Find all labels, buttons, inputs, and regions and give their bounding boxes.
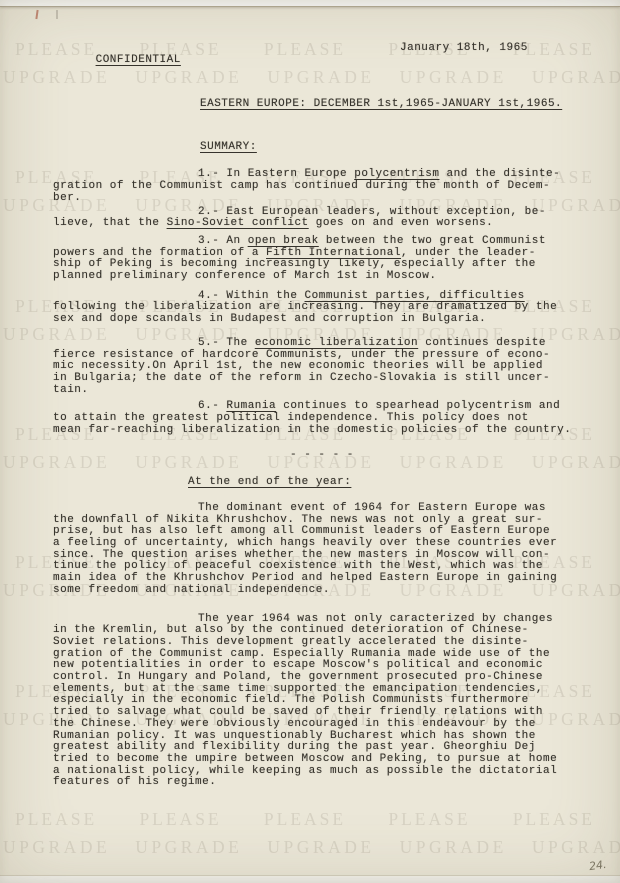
year-end-heading: At the end of the year: — [188, 477, 598, 489]
text-segment: economic liberalization — [255, 337, 418, 349]
text-segment: goes on and even worsens. — [309, 217, 494, 229]
watermark-text: UPGRADE — [267, 839, 374, 857]
paragraph: 6.- Rumania continues to spearhead polyc… — [53, 401, 598, 436]
classification-label: CONFIDENTIAL — [96, 54, 181, 66]
text-segment: polycentrism — [354, 168, 439, 180]
watermark-text: PLEASE — [15, 811, 97, 829]
paragraph: 2.- East European leaders, without excep… — [53, 207, 598, 230]
watermark-text: PLEASE — [264, 811, 346, 829]
text-segment: 6.- — [198, 400, 226, 412]
text-segment: 5.- The — [198, 337, 255, 349]
document-title: EASTERN EUROPE: DECEMBER 1st,1965-JANUAR… — [200, 99, 598, 111]
scanned-document-page: PLEASEPLEASEPLEASEPLEASEPLEASEUPGRADEUPG… — [0, 0, 620, 883]
watermark-row: PLEASEPLEASEPLEASEPLEASEPLEASE — [15, 811, 595, 829]
document-date: January 18th, 1965 — [400, 43, 528, 55]
watermark-text: UPGRADE — [532, 839, 620, 857]
paragraph: 4.- Within the Communist parties, diffic… — [53, 291, 598, 326]
pen-mark — [35, 10, 38, 19]
paragraph: 5.- The economic liberalization continue… — [53, 338, 598, 397]
text-segment: The year 1964 was not only caracterized … — [53, 613, 557, 789]
handwritten-page-number: 24. — [588, 858, 607, 873]
text-segment: following the liberalization are increas… — [53, 301, 557, 325]
year-end-section: The dominant event of 1964 for Eastern E… — [53, 503, 598, 789]
paragraph: The dominant event of 1964 for Eastern E… — [53, 503, 598, 597]
text-segment: 1.- In Eastern Europe — [198, 168, 354, 180]
text-segment: 3.- An — [198, 235, 248, 247]
watermark-row: UPGRADEUPGRADEUPGRADEUPGRADEUPGRADE — [3, 839, 620, 857]
paragraph: 3.- An open break between the two great … — [53, 236, 598, 283]
text-segment: Communist parties, difficulties — [305, 290, 525, 302]
section-divider: - - - - - — [290, 450, 598, 462]
document-content: CONFIDENTIAL January 18th, 1965 EASTERN … — [53, 0, 598, 789]
text-segment: continues to spearhead polycentrism and … — [53, 400, 571, 435]
watermark-text: UPGRADE — [400, 839, 507, 857]
text-segment: Fifth International — [266, 247, 401, 259]
watermark-text: UPGRADE — [3, 839, 110, 857]
paragraph: 1.- In Eastern Europe polycentrism and t… — [53, 169, 598, 204]
text-segment: open break — [248, 235, 319, 247]
watermark-text: PLEASE — [513, 811, 595, 829]
watermark-text: PLEASE — [139, 811, 221, 829]
text-segment: Sino-Soviet conflict — [167, 217, 309, 229]
text-segment: 4.- Within the — [198, 290, 305, 302]
text-segment: The dominant event of 1964 for Eastern E… — [53, 502, 557, 596]
watermark-text: PLEASE — [388, 811, 470, 829]
paragraph: The year 1964 was not only caracterized … — [53, 614, 598, 790]
summary-heading: SUMMARY: — [200, 142, 598, 154]
text-segment: Rumania — [226, 400, 276, 412]
summary-section: 1.- In Eastern Europe polycentrism and t… — [53, 169, 598, 436]
document-header: CONFIDENTIAL January 18th, 1965 — [53, 43, 598, 55]
watermark-text: UPGRADE — [135, 839, 242, 857]
scan-edge-bottom — [0, 875, 620, 883]
